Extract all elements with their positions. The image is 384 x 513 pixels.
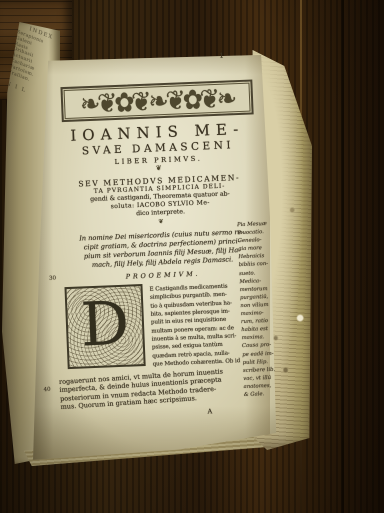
body-bottom-lines: rogauerunt nos amici, vt multa de horum … bbox=[59, 364, 273, 411]
signature-mark: A bbox=[207, 407, 212, 415]
woodcut-drop-cap: D bbox=[64, 284, 145, 369]
drop-cap-letter: D bbox=[80, 294, 130, 356]
marginal-notes-column: Pia Mesuæinuocatio.Genealo-gia moreHebra… bbox=[237, 219, 292, 399]
marginal-note-line: & Gale. bbox=[244, 389, 292, 399]
printed-text-block: 1 ❧❦✿❦❧❦✿❦❧ IOANNIS ME- SVAE DAMASCENI L… bbox=[43, 47, 292, 446]
invocation-paragraph: In nomine Dei misericordis (cuius nutu s… bbox=[58, 227, 265, 271]
folio-number: 1 bbox=[219, 52, 224, 60]
margin-line-number-upper: 30 bbox=[49, 275, 56, 281]
book-photograph: INDEX SerapionisGaleniRasisOribasiiActua… bbox=[0, 0, 384, 513]
foliate-scroll-icon: ❧❦✿❦❧❦✿❦❧ bbox=[80, 84, 235, 117]
wood-plank-seam bbox=[341, 0, 344, 513]
woodcut-headpiece-ornament: ❧❦✿❦❧❦✿❦❧ bbox=[60, 79, 253, 122]
margin-line-number-lower: 40 bbox=[43, 387, 50, 393]
